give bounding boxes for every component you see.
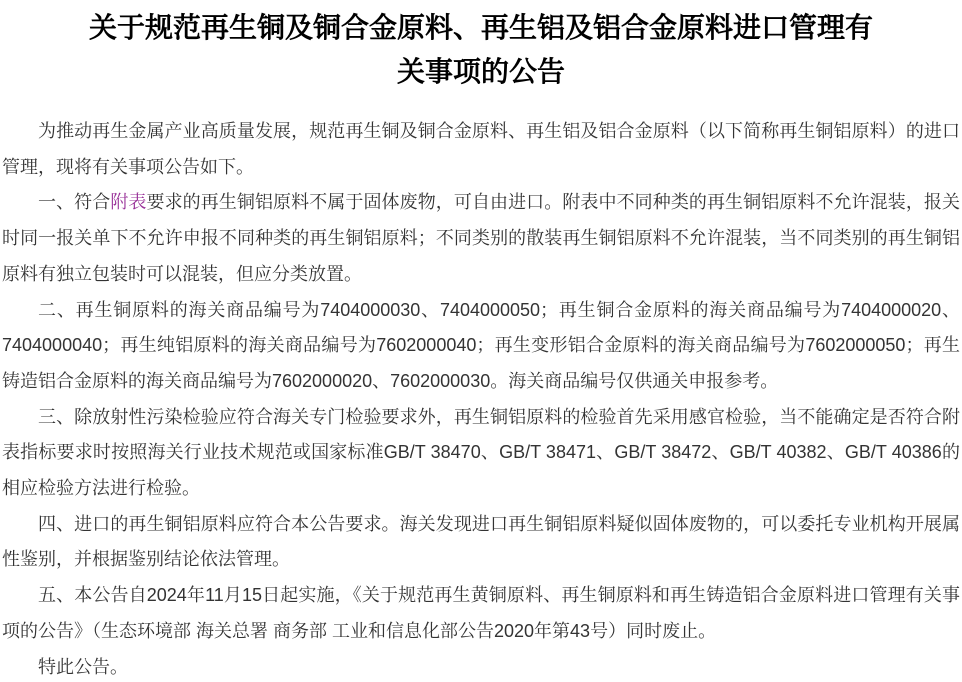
paragraph-item4: 四、进口的再生铜铝原料应符合本公告要求。海关发现进口再生铜铝原料疑似固体废物的，…: [2, 507, 960, 578]
paragraph-closing: 特此公告。: [2, 650, 960, 682]
paragraph-item3: 三、除放射性污染检验应符合海关专门检验要求外，再生铜铝原料的检验首先采用感官检验…: [2, 400, 960, 507]
paragraph-item2: 二、再生铜原料的海关商品编号为7404000030、7404000050；再生铜…: [2, 293, 960, 400]
page-title-line-2: 关事项的公告: [2, 50, 960, 94]
paragraph-item1-before-link: 一、符合: [38, 192, 110, 212]
document-body: 为推动再生金属产业高质量发展，规范再生铜及铜合金原料、再生铝及铝合金原料（以下简…: [2, 114, 960, 682]
attachment-table-link[interactable]: 附表: [110, 192, 146, 212]
paragraph-item5: 五、本公告自2024年11月15日起实施，《关于规范再生黄铜原料、再生铜原料和再…: [2, 578, 960, 649]
paragraph-item1-after-link: 要求的再生铜铝原料不属于固体废物，可自由进口。附表中不同种类的再生铜铝原料不允许…: [2, 192, 960, 283]
paragraph-item1: 一、符合附表要求的再生铜铝原料不属于固体废物，可自由进口。附表中不同种类的再生铜…: [2, 185, 960, 292]
page-title: 关于规范再生铜及铜合金原料、再生铝及铝合金原料进口管理有 关事项的公告: [2, 0, 960, 94]
announcement-document: 关于规范再生铜及铜合金原料、再生铝及铝合金原料进口管理有 关事项的公告 为推动再…: [0, 0, 962, 682]
paragraph-intro: 为推动再生金属产业高质量发展，规范再生铜及铜合金原料、再生铝及铝合金原料（以下简…: [2, 114, 960, 185]
page-title-line-1: 关于规范再生铜及铜合金原料、再生铝及铝合金原料进口管理有: [2, 6, 960, 50]
